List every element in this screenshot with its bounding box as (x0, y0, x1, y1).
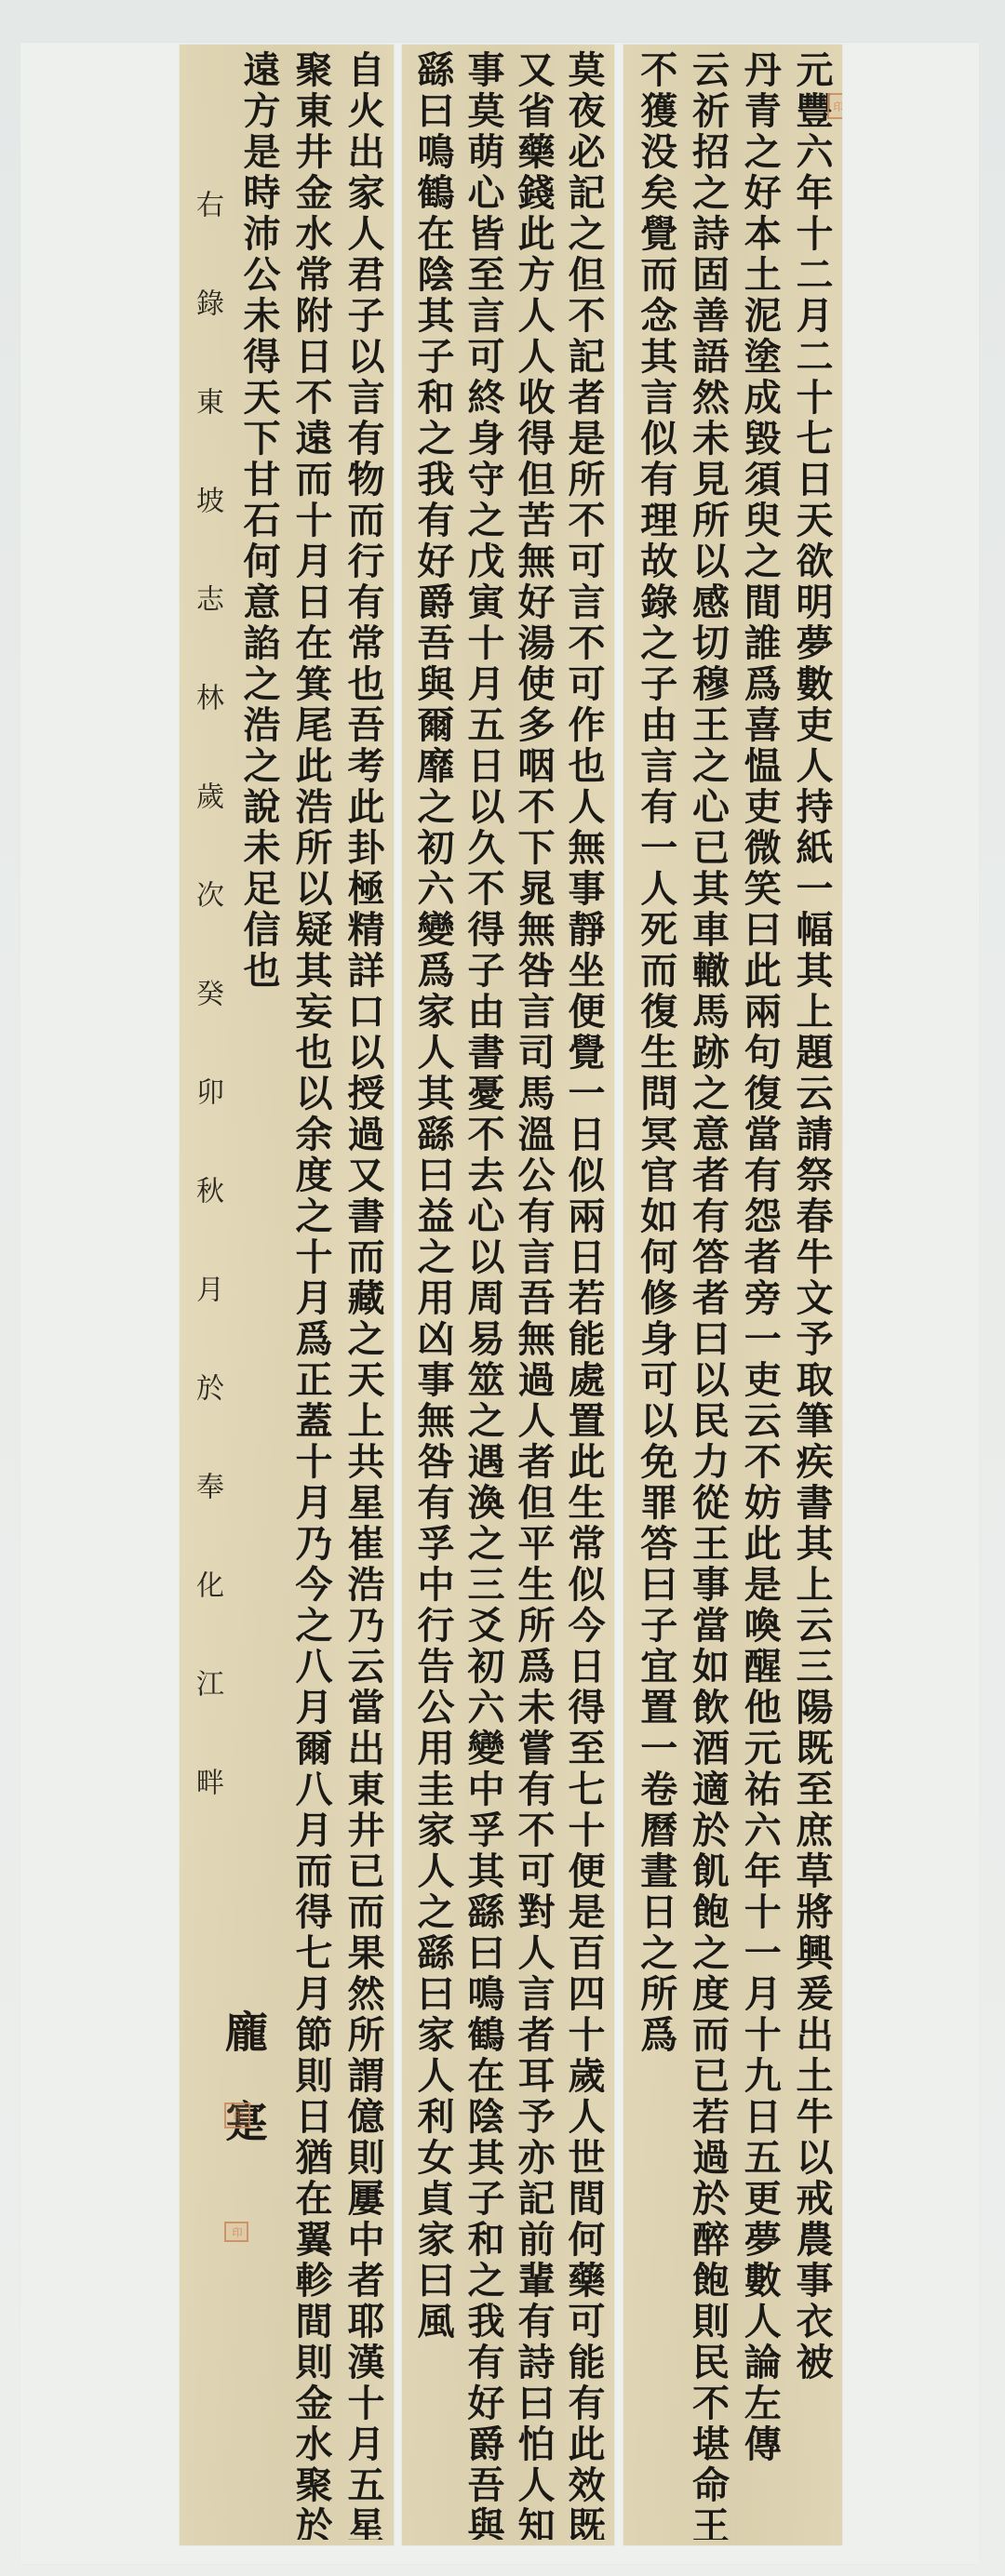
text-column: 莫夜必記之但不記者是所不可言不可作也人無事靜坐便覺一日似兩日若能處置此生常似今日… (560, 50, 607, 2540)
text-column: 丹青之好本土泥塗成毀須臾之間誰爲喜愠吏微笑曰此兩句復當有怨者旁一吏云不妨此是喚醒… (735, 50, 784, 2540)
artist-seal-icon: 印 (224, 2222, 248, 2242)
text-column: 元豐六年十二月二十七日天欲明夢數吏人持紙一幅其上題云請祭春牛文予取筆疾書其上云三… (786, 50, 835, 2540)
text-column: 繇曰鳴鶴在陰其子和之我有好爵吾與爾靡之初六變爲家人其繇曰益之用凶事無咎有孚中行告… (409, 50, 456, 2540)
text-column: 聚東井金水常附日不遠而十月日在箕尾此浩所以疑其妄也以余度之十月爲正蓋十月乃今之八… (286, 50, 334, 2540)
text-column: 云祈招之詩固善語然未見所以感切穆王之心已其車轍馬跡之意者有答者曰以民力從王事當如… (683, 50, 731, 2540)
panel-middle: 莫夜必記之但不記者是所不可言不可作也人無事靜坐便覺一日似兩日若能處置此生常似今日… (402, 45, 614, 2545)
panel-right-columns: 元豐六年十二月二十七日天欲明夢數吏人持紙一幅其上題云請祭春牛文予取筆疾書其上云三… (631, 50, 835, 2540)
text-column: 不獲没矣覺而念其言似有理故錄之子由言有一人死而復生問冥官如何修身可以免罪答曰子宜… (631, 50, 679, 2540)
artist-signature: 龐寔 (211, 2009, 267, 2188)
artist-seal-icon: 印 (224, 2102, 250, 2129)
text-column: 又省藥錢此方人人收得但苦無好湯使多咽不下晁無咎言司馬溫公有言吾無過人者但平生所爲… (510, 50, 556, 2540)
text-column: 事莫萌心皆至言可終身守之戊寅十月五日以久不得子由書憂不去心以周易筮之遇渙之三爻初… (460, 50, 506, 2540)
panel-right: 元豐六年十二月二十七日天欲明夢數吏人持紙一幅其上題云請祭春牛文予取筆疾書其上云三… (623, 45, 842, 2545)
text-column: 自火出家人君子以言有物而行有常也吾考此卦極精詳口以授過又書而藏之天上共星崔浩乃云… (338, 50, 386, 2540)
panel-left: 自火出家人君子以言有物而行有常也吾考此卦極精詳口以授過又書而藏之天上共星崔浩乃云… (180, 45, 394, 2545)
leading-seal-icon: 印 (827, 93, 842, 119)
panel-middle-columns: 莫夜必記之但不記者是所不可言不可作也人無事靜坐便覺一日似兩日若能處置此生常似今日… (409, 50, 607, 2540)
